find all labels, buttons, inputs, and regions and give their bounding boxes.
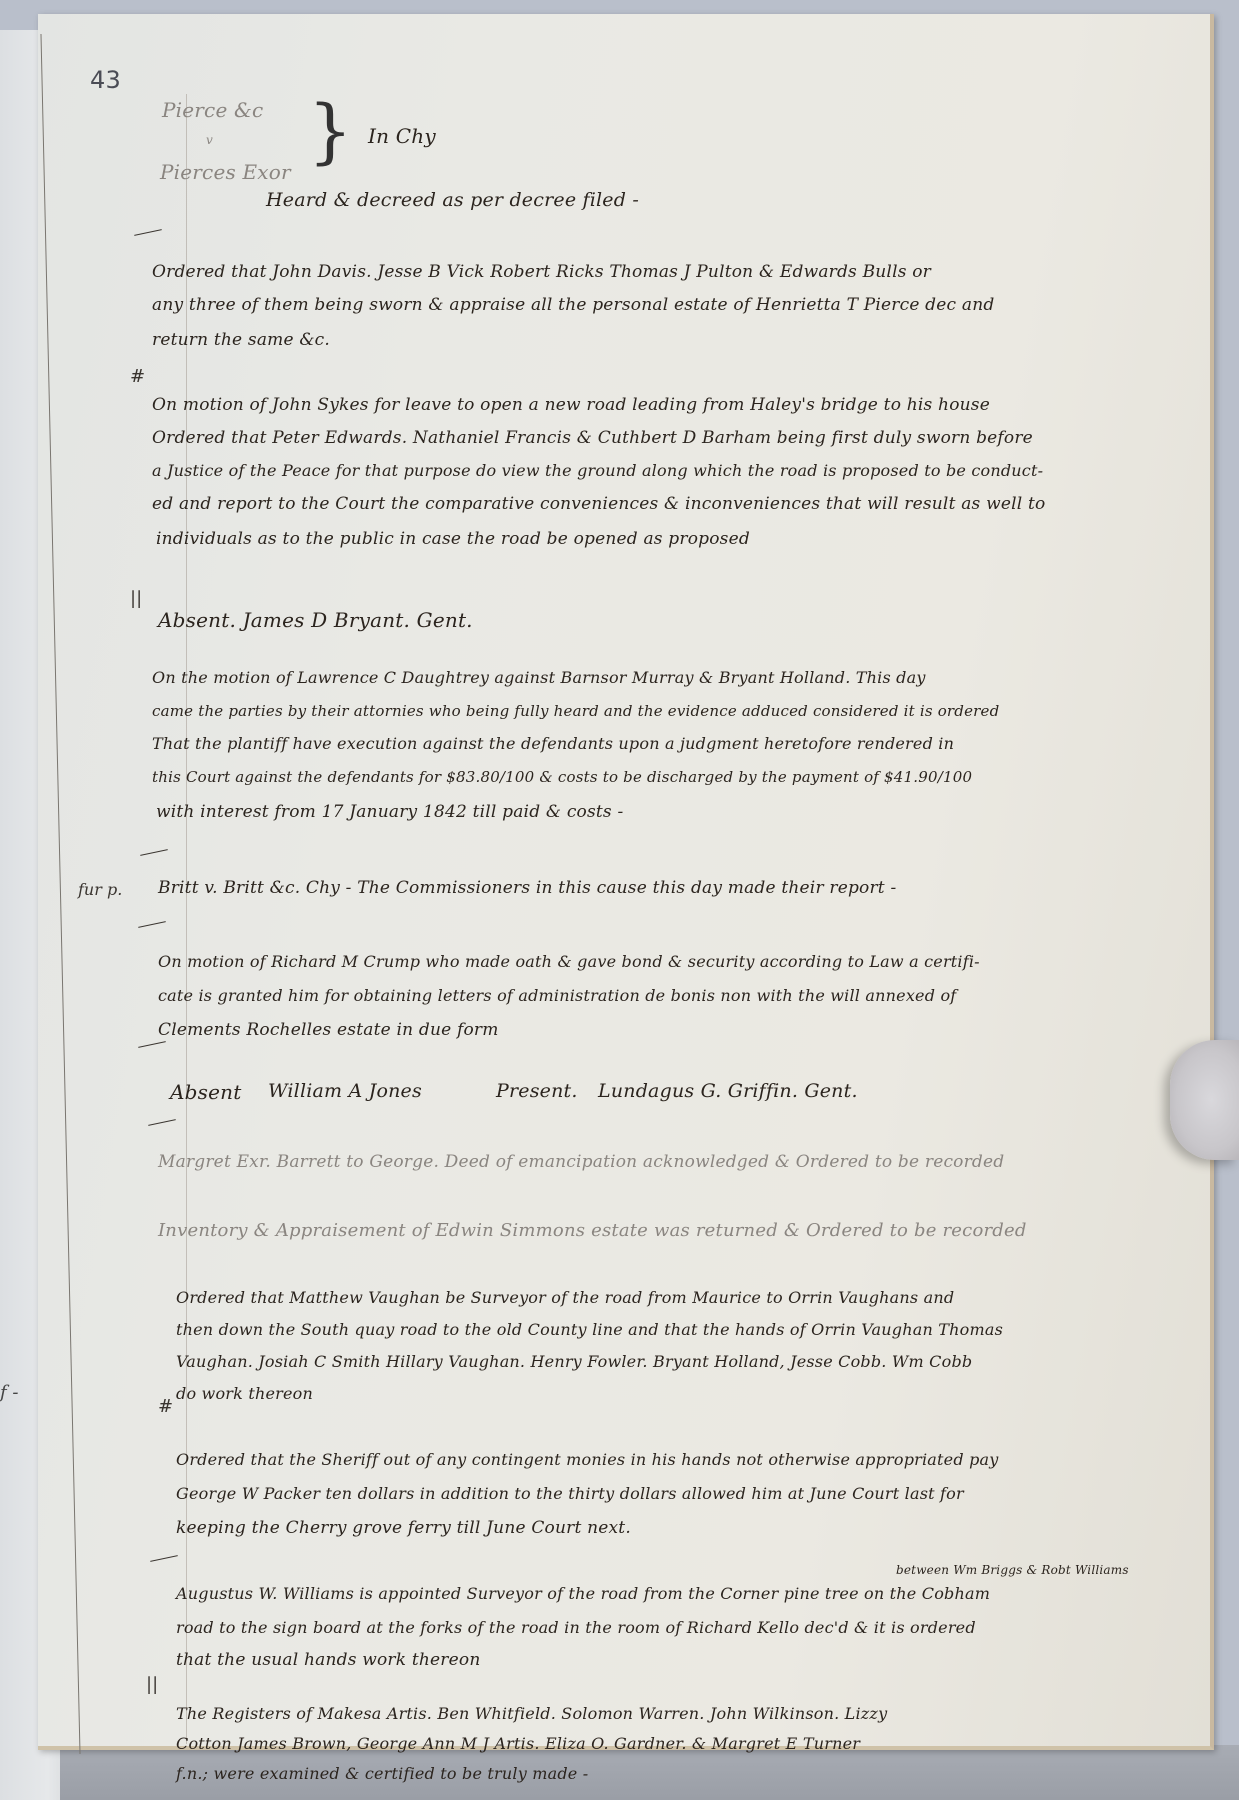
entry-line: Ordered that John Davis. Jesse B Vick Ro…	[152, 264, 931, 281]
entry-line: a Justice of the Peace for that purpose …	[152, 463, 1043, 479]
entry-line: any three of them being sworn & appraise…	[152, 297, 994, 314]
entry-line: that the usual hands work thereon	[176, 1652, 480, 1669]
entry-line: On the motion of Lawrence C Daughtrey ag…	[152, 670, 926, 686]
entry-line: On motion of John Sykes for leave to ope…	[152, 397, 990, 414]
entry-line: Cotton James Brown, George Ann M J Artis…	[176, 1736, 860, 1752]
absent-label: Absent	[170, 1082, 241, 1102]
entry-line: On motion of Richard M Crump who made oa…	[158, 954, 980, 970]
entry-line: Britt v. Britt &c. Chy - The Commissione…	[158, 880, 896, 897]
binding-gutter	[40, 34, 80, 1754]
manuscript-page: 43 Pierce &c v Pierces Exor } In Chy Hea…	[38, 14, 1214, 1750]
present-name: Lundagus G. Griffin. Gent.	[598, 1082, 858, 1101]
margin-note-further-proceedings: fur p.	[78, 880, 122, 899]
entry-line: this Court against the defendants for $8…	[152, 770, 972, 785]
entry-line: do work thereon	[176, 1386, 313, 1402]
page-number: 43	[90, 68, 121, 92]
entry-separator	[138, 921, 166, 928]
previous-page-margin-mark: f -	[0, 1382, 18, 1403]
case-caption-plaintiff: Pierce &c	[162, 100, 263, 120]
entry-line: individuals as to the public in case the…	[156, 531, 750, 548]
entry-line: George W Packer ten dollars in addition …	[176, 1486, 964, 1502]
entry-separator	[140, 849, 168, 856]
margin-mark: #	[158, 1396, 173, 1417]
margin-mark: ||	[146, 1674, 158, 1695]
entry-line: f.n.; were examined & certified to be tr…	[176, 1766, 588, 1782]
entry-line: That the plantiff have execution against…	[152, 736, 954, 752]
entry-line: came the parties by their attornies who …	[152, 704, 999, 719]
entry-line: return the same &c.	[152, 332, 330, 349]
margin-mark: ||	[130, 588, 142, 609]
entry-line: ed and report to the Court the comparati…	[152, 496, 1045, 513]
case-caption-defendant: Pierces Exor	[160, 162, 291, 182]
entry-line: Heard & decreed as per decree filed -	[266, 191, 639, 210]
holding-thumb	[1170, 1040, 1239, 1160]
entry-line: Augustus W. Williams is appointed Survey…	[176, 1586, 990, 1602]
entry-separator	[138, 1041, 166, 1048]
entry-line: road to the sign board at the forks of t…	[176, 1620, 976, 1636]
entry-line: with interest from 17 January 1842 till …	[156, 804, 623, 821]
present-label: Present.	[496, 1082, 578, 1101]
entry-line: Vaughan. Josiah C Smith Hillary Vaughan.…	[176, 1354, 972, 1370]
entry-line: Margret Exr. Barrett to George. Deed of …	[158, 1154, 1004, 1171]
entry-line: Ordered that the Sheriff out of any cont…	[176, 1452, 999, 1468]
entry-line: Inventory & Appraisement of Edwin Simmon…	[158, 1222, 1027, 1240]
entry-line: keeping the Cherry grove ferry till June…	[176, 1520, 631, 1537]
entry-separator	[150, 1555, 178, 1562]
entry-line: Absent. James D Bryant. Gent.	[158, 610, 473, 630]
absent-name: William A Jones	[268, 1082, 422, 1101]
entry-separator	[134, 229, 162, 236]
margin-mark: #	[130, 366, 145, 387]
entry-line: cate is granted him for obtaining letter…	[158, 988, 956, 1004]
entry-line: Ordered that Peter Edwards. Nathaniel Fr…	[152, 430, 1033, 447]
case-caption-type: In Chy	[368, 126, 436, 146]
entry-line: Ordered that Matthew Vaughan be Surveyor…	[176, 1290, 954, 1306]
entry-line: The Registers of Makesa Artis. Ben Whitf…	[176, 1706, 887, 1722]
case-caption-versus: v	[206, 134, 213, 146]
interlinear-insertion: between Wm Briggs & Robt Williams	[896, 1564, 1129, 1576]
entry-line: Clements Rochelles estate in due form	[158, 1022, 499, 1039]
entry-line: then down the South quay road to the old…	[176, 1322, 1003, 1338]
caption-brace: }	[308, 96, 353, 166]
entry-separator	[148, 1119, 176, 1126]
